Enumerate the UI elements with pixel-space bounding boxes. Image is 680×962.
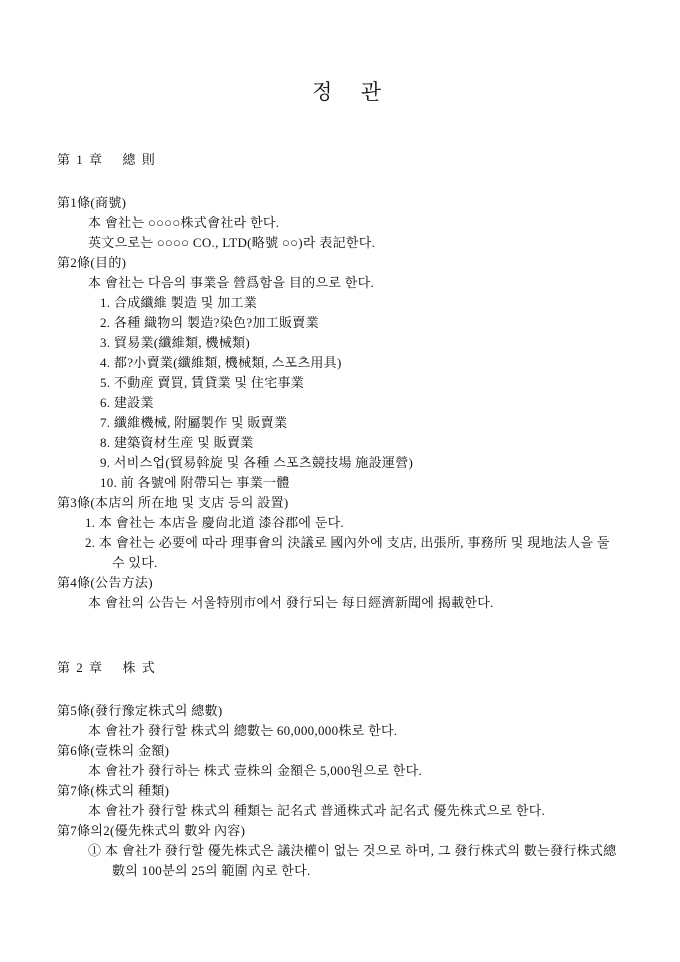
article-heading: 第4條(公告方法) (57, 573, 662, 593)
paragraph-line: 本 會社가 發行하는 株式 壹株의 金額은 5,000원으로 한다. (88, 761, 662, 781)
article-heading: 第7條의2(優先株式의 數와 內容) (57, 821, 662, 841)
article-heading: 第2條(目的) (57, 253, 662, 273)
paragraph-line: 英文으로는 ○○○○ CO., LTD(略號 ○○)라 表記한다. (88, 233, 662, 253)
chapter-heading: 第 1 章 總 則 (57, 150, 662, 170)
list-item: 8. 建築資材生産 및 販賣業 (100, 433, 662, 453)
paragraph-line: 本 會社의 公告는 서울特別市에서 發行되는 每日經濟新聞에 揭載한다. (88, 593, 662, 613)
sub-item: 1. 本 會社는 本店을 慶尙北道 漆谷郡에 둔다. (85, 513, 662, 533)
article-heading: 第7條(株式의 種類) (57, 781, 662, 801)
list-item: 1. 合成纖維 製造 및 加工業 (100, 293, 662, 313)
list-item: 4. 都?小賣業(纖維類, 機械類, 스포츠用具) (100, 353, 662, 373)
article-heading: 第6條(壹株의 金額) (57, 741, 662, 761)
chapter-heading: 第 2 章 株 式 (57, 658, 662, 678)
list-item: 9. 서비스업(貿易斡旋 및 各種 스포츠競技場 施設運營) (100, 453, 662, 473)
list-item: 5. 不動産 賣買, 賃貸業 및 住宅事業 (100, 373, 662, 393)
continuation-line: 수 있다. (112, 553, 662, 573)
article-heading: 第3條(本店의 所在地 및 支店 등의 設置) (57, 493, 662, 513)
paragraph-line: 本 會社는 ○○○○株式會社라 한다. (88, 213, 662, 233)
continuation-line: 數의 100분의 25의 範圍 內로 한다. (112, 861, 662, 881)
paragraph-line: 本 會社가 發行할 株式의 總數는 60,000,000株로 한다. (88, 721, 662, 741)
document-body: 第 1 章 總 則第1條(商號)本 會社는 ○○○○株式會社라 한다.英文으로는… (57, 150, 662, 881)
article-heading: 第5條(發行豫定株式의 總數) (57, 701, 662, 721)
document-title: 정 관 (37, 80, 662, 105)
list-item: 7. 纖維機械, 附屬製作 및 販賣業 (100, 413, 662, 433)
document-page: 정 관 第 1 章 總 則第1條(商號)本 會社는 ○○○○株式會社라 한다.英… (0, 0, 680, 962)
paragraph-line: ① 本 會社가 發行할 優先株式은 議決權이 없는 것으로 하며, 그 發行株式… (88, 841, 662, 861)
paragraph-line: 本 會社는 다음의 事業을 營爲함을 目的으로 한다. (88, 273, 662, 293)
list-item: 2. 各種 織物의 製造?染色?加工販賣業 (100, 313, 662, 333)
list-item: 6. 建設業 (100, 393, 662, 413)
article-heading: 第1條(商號) (57, 193, 662, 213)
paragraph-line: 本 會社가 發行할 株式의 種類는 記名式 普通株式과 記名式 優先株式으로 한… (88, 801, 662, 821)
list-item: 3. 貿易業(纖維類, 機械類) (100, 333, 662, 353)
list-item: 10. 前 各號에 附帶되는 事業一體 (100, 473, 662, 493)
sub-item: 2. 本 會社는 必要에 따라 理事會의 決議로 國內外에 支店, 出張所, 事… (85, 533, 662, 553)
